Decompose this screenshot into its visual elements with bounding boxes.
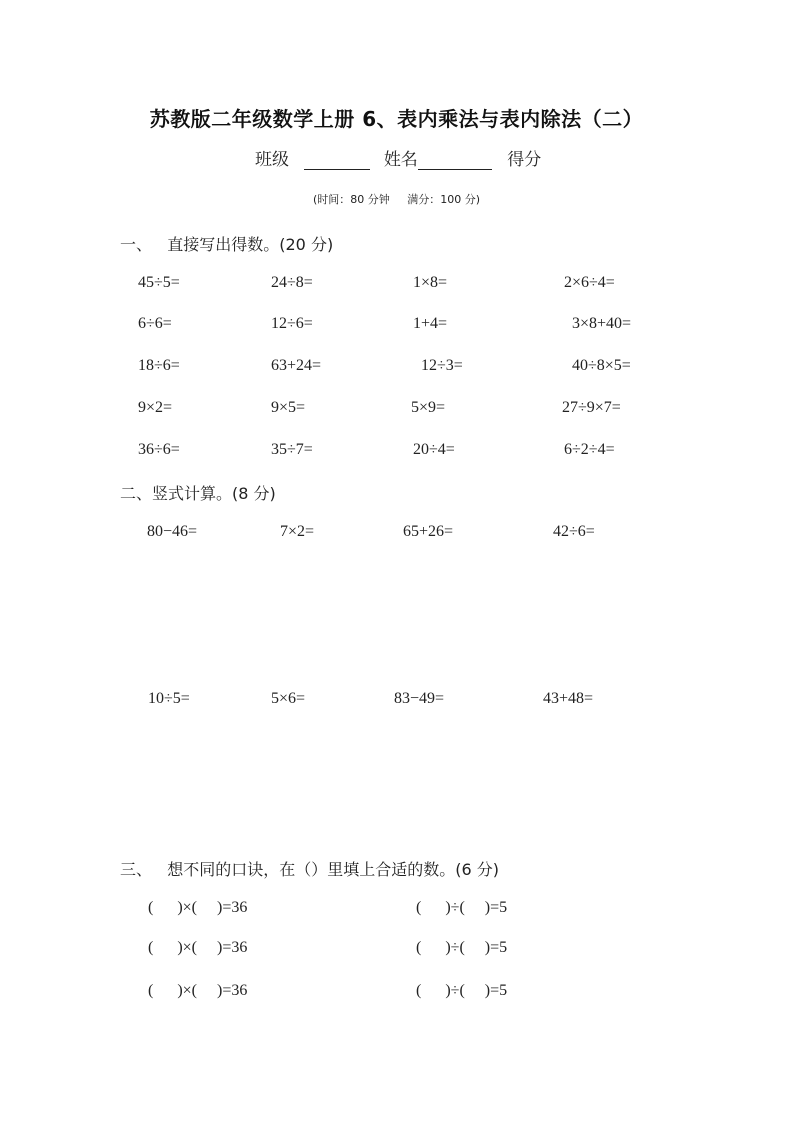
vertical-calc-problem: 42÷6= <box>553 523 595 541</box>
class-label: 班级 <box>255 150 289 170</box>
problem: 24÷8= <box>271 274 313 292</box>
vertical-calc-problem: 43+48= <box>543 690 593 708</box>
problem: 5×9= <box>411 399 445 417</box>
worksheet-title: 苏教版二年级数学上册 6、表内乘法与表内除法（二） <box>0 103 793 132</box>
problem: 1×8= <box>413 274 447 292</box>
problem: 35÷7= <box>271 441 313 459</box>
vertical-calc-problem: 5×6= <box>271 690 305 708</box>
problem: 6÷2÷4= <box>564 441 615 459</box>
fill-in-division[interactable]: ( )÷( )=5 <box>416 939 507 957</box>
vertical-calc-problem: 65+26= <box>403 523 453 541</box>
section-2-heading: 二、竖式计算。(8 分) <box>120 481 276 504</box>
problem: 63+24= <box>271 357 321 375</box>
problem: 1+4= <box>413 315 447 333</box>
problem: 27÷9×7= <box>562 399 621 417</box>
name-label: 姓名 <box>384 150 418 170</box>
problem: 20÷4= <box>413 441 455 459</box>
section-1-heading: 一、 直接写出得数。(20 分) <box>120 232 333 255</box>
problem: 12÷3= <box>421 357 463 375</box>
worksheet-page: 苏教版二年级数学上册 6、表内乘法与表内除法（二） 班级 姓名 得分 (时间：8… <box>0 0 793 1122</box>
fill-in-multiplication[interactable]: ( )×( )=36 <box>148 939 247 957</box>
name-blank[interactable] <box>418 151 492 170</box>
section-3-heading: 三、 想不同的口诀，在（）里填上合适的数。(6 分) <box>120 857 499 880</box>
class-blank[interactable] <box>304 151 370 170</box>
problem: 12÷6= <box>271 315 313 333</box>
fill-in-multiplication[interactable]: ( )×( )=36 <box>148 982 247 1000</box>
score-label: 得分 <box>507 150 541 170</box>
problem: 6÷6= <box>138 315 172 333</box>
fill-in-multiplication[interactable]: ( )×( )=36 <box>148 899 247 917</box>
student-info-line: 班级 姓名 得分 <box>255 145 541 170</box>
problem: 36÷6= <box>138 441 180 459</box>
vertical-calc-problem: 7×2= <box>280 523 314 541</box>
problem: 3×8+40= <box>572 315 631 333</box>
problem: 9×5= <box>271 399 305 417</box>
problem: 9×2= <box>138 399 172 417</box>
problem: 45÷5= <box>138 274 180 292</box>
problem: 2×6÷4= <box>564 274 615 292</box>
vertical-calc-problem: 10÷5= <box>148 690 190 708</box>
problem: 40÷8×5= <box>572 357 631 375</box>
time-and-score-note: (时间：80 分钟 满分：100 分) <box>0 191 793 207</box>
vertical-calc-problem: 83−49= <box>394 690 444 708</box>
fill-in-division[interactable]: ( )÷( )=5 <box>416 982 507 1000</box>
problem: 18÷6= <box>138 357 180 375</box>
vertical-calc-problem: 80−46= <box>147 523 197 541</box>
fill-in-division[interactable]: ( )÷( )=5 <box>416 899 507 917</box>
